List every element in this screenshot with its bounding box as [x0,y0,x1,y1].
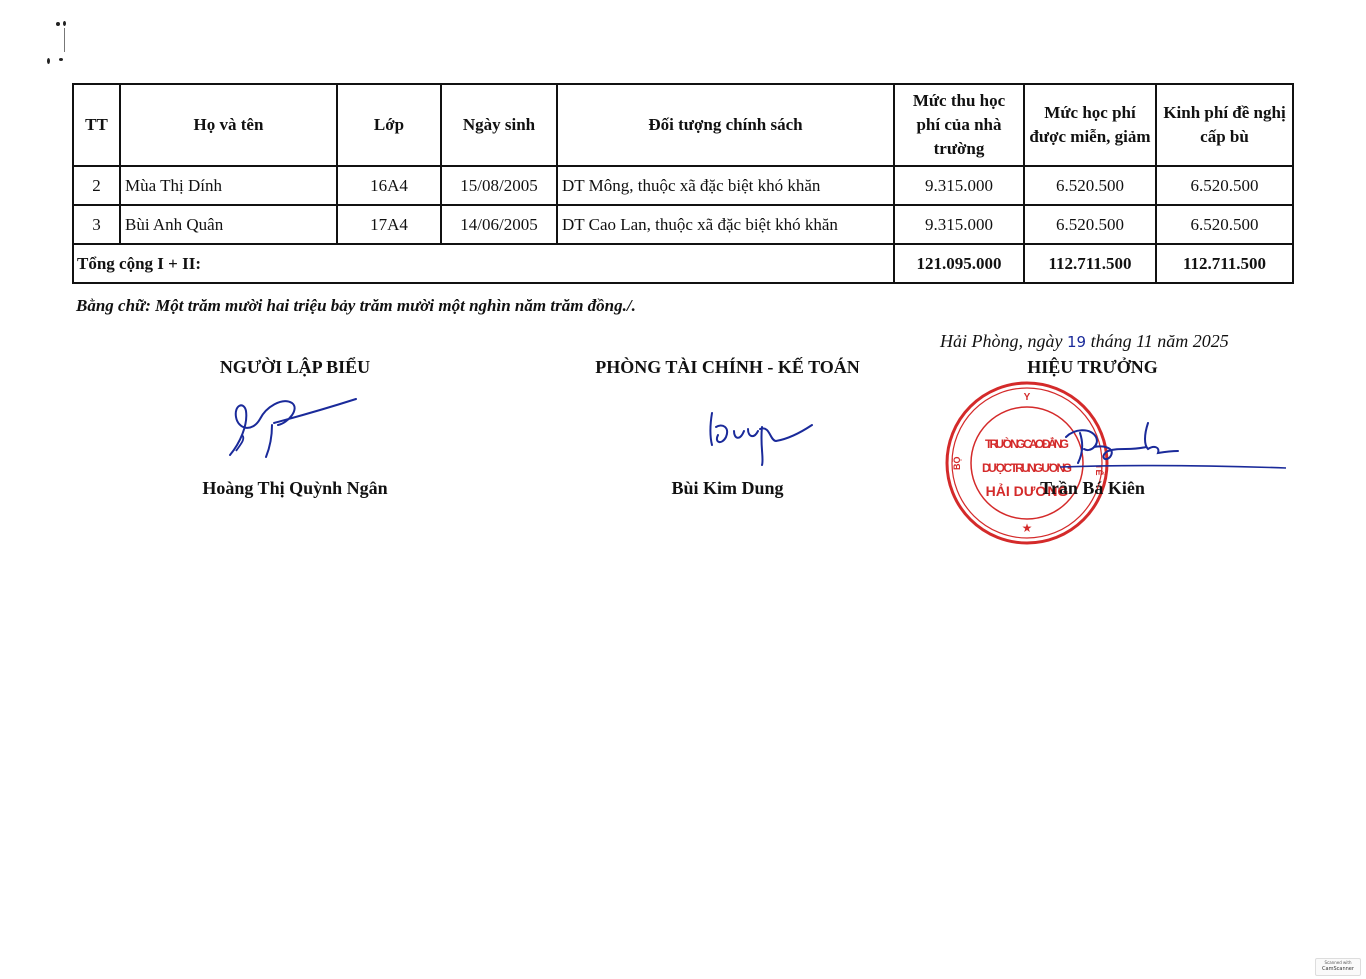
header-name: Họ và tên [120,84,337,166]
amount-in-words: Bằng chữ: Một trăm mười hai triệu bảy tr… [76,296,636,316]
signature-finance-icon [700,405,820,470]
header-compensation: Kinh phí đề nghị cấp bù [1156,84,1293,166]
total-compensation: 112.711.500 [1156,244,1293,283]
header-exempt: Mức học phí được miễn, giảm [1024,84,1156,166]
signer-name-principal: Trần Bá Kiên [975,478,1210,499]
header-dob: Ngày sinh [441,84,557,166]
table-row: 3 Bùi Anh Quân 17A4 14/06/2005 DT Cao La… [73,205,1293,244]
cell-exempt: 6.520.500 [1024,205,1156,244]
cell-dob: 15/08/2005 [441,166,557,205]
cell-tt: 2 [73,166,120,205]
handwritten-day: 19 [1067,333,1086,351]
cell-compensation: 6.520.500 [1156,205,1293,244]
total-exempt: 112.711.500 [1024,244,1156,283]
tuition-compensation-table: TT Họ và tên Lớp Ngày sinh Đối tượng chí… [72,83,1294,284]
camscanner-watermark: Scanned with CamScanner [1315,958,1361,976]
signer-title-preparer: NGƯỜI LẬP BIỂU [150,357,440,378]
stamp-line2: DƯỢC TRUNG ƯƠNG [982,461,1072,475]
cell-tt: 3 [73,205,120,244]
table-total-row: Tổng cộng I + II: 121.095.000 112.711.50… [73,244,1293,283]
cell-exempt: 6.520.500 [1024,166,1156,205]
scan-artifact [44,18,74,68]
cell-policy: DT Cao Lan, thuộc xã đặc biệt khó khăn [557,205,894,244]
cell-compensation: 6.520.500 [1156,166,1293,205]
cell-policy: DT Mông, thuộc xã đặc biệt khó khăn [557,166,894,205]
table-row: 2 Mùa Thị Dính 16A4 15/08/2005 DT Mông, … [73,166,1293,205]
stamp-left-text: BỘ [951,457,962,471]
table-header-row: TT Họ và tên Lớp Ngày sinh Đối tượng chí… [73,84,1293,166]
svg-text:★: ★ [1022,521,1033,535]
header-tt: TT [73,84,120,166]
cell-name: Bùi Anh Quân [120,205,337,244]
total-label: Tổng cộng I + II: [73,244,894,283]
stamp-top-letter: Y [1024,392,1031,403]
header-class: Lớp [337,84,441,166]
cell-class: 17A4 [337,205,441,244]
signer-name-preparer: Hoàng Thị Quỳnh Ngân [150,478,440,499]
place-date-suffix: tháng 11 năm 2025 [1086,331,1229,351]
header-policy: Đối tượng chính sách [557,84,894,166]
cell-name: Mùa Thị Dính [120,166,337,205]
stamp-line1: TRƯỜNG CAO ĐẲNG [985,436,1069,451]
signer-title-finance: PHÒNG TÀI CHÍNH - KẾ TOÁN [565,357,890,378]
cell-dob: 14/06/2005 [441,205,557,244]
place-date-prefix: Hải Phòng, ngày [940,331,1067,351]
watermark-line1: Scanned with [1316,959,1360,966]
total-tuition: 121.095.000 [894,244,1024,283]
cell-tuition: 9.315.000 [894,205,1024,244]
signature-principal-icon [1060,415,1290,475]
signature-preparer-icon [222,395,362,465]
place-date: Hải Phòng, ngày 19 tháng 11 năm 2025 [940,331,1229,352]
header-tuition: Mức thu học phí của nhà trường [894,84,1024,166]
signer-name-finance: Bùi Kim Dung [565,478,890,499]
signer-title-principal: HIỆU TRƯỞNG [975,357,1210,378]
cell-tuition: 9.315.000 [894,166,1024,205]
cell-class: 16A4 [337,166,441,205]
watermark-line2: CamScanner [1316,966,1360,973]
